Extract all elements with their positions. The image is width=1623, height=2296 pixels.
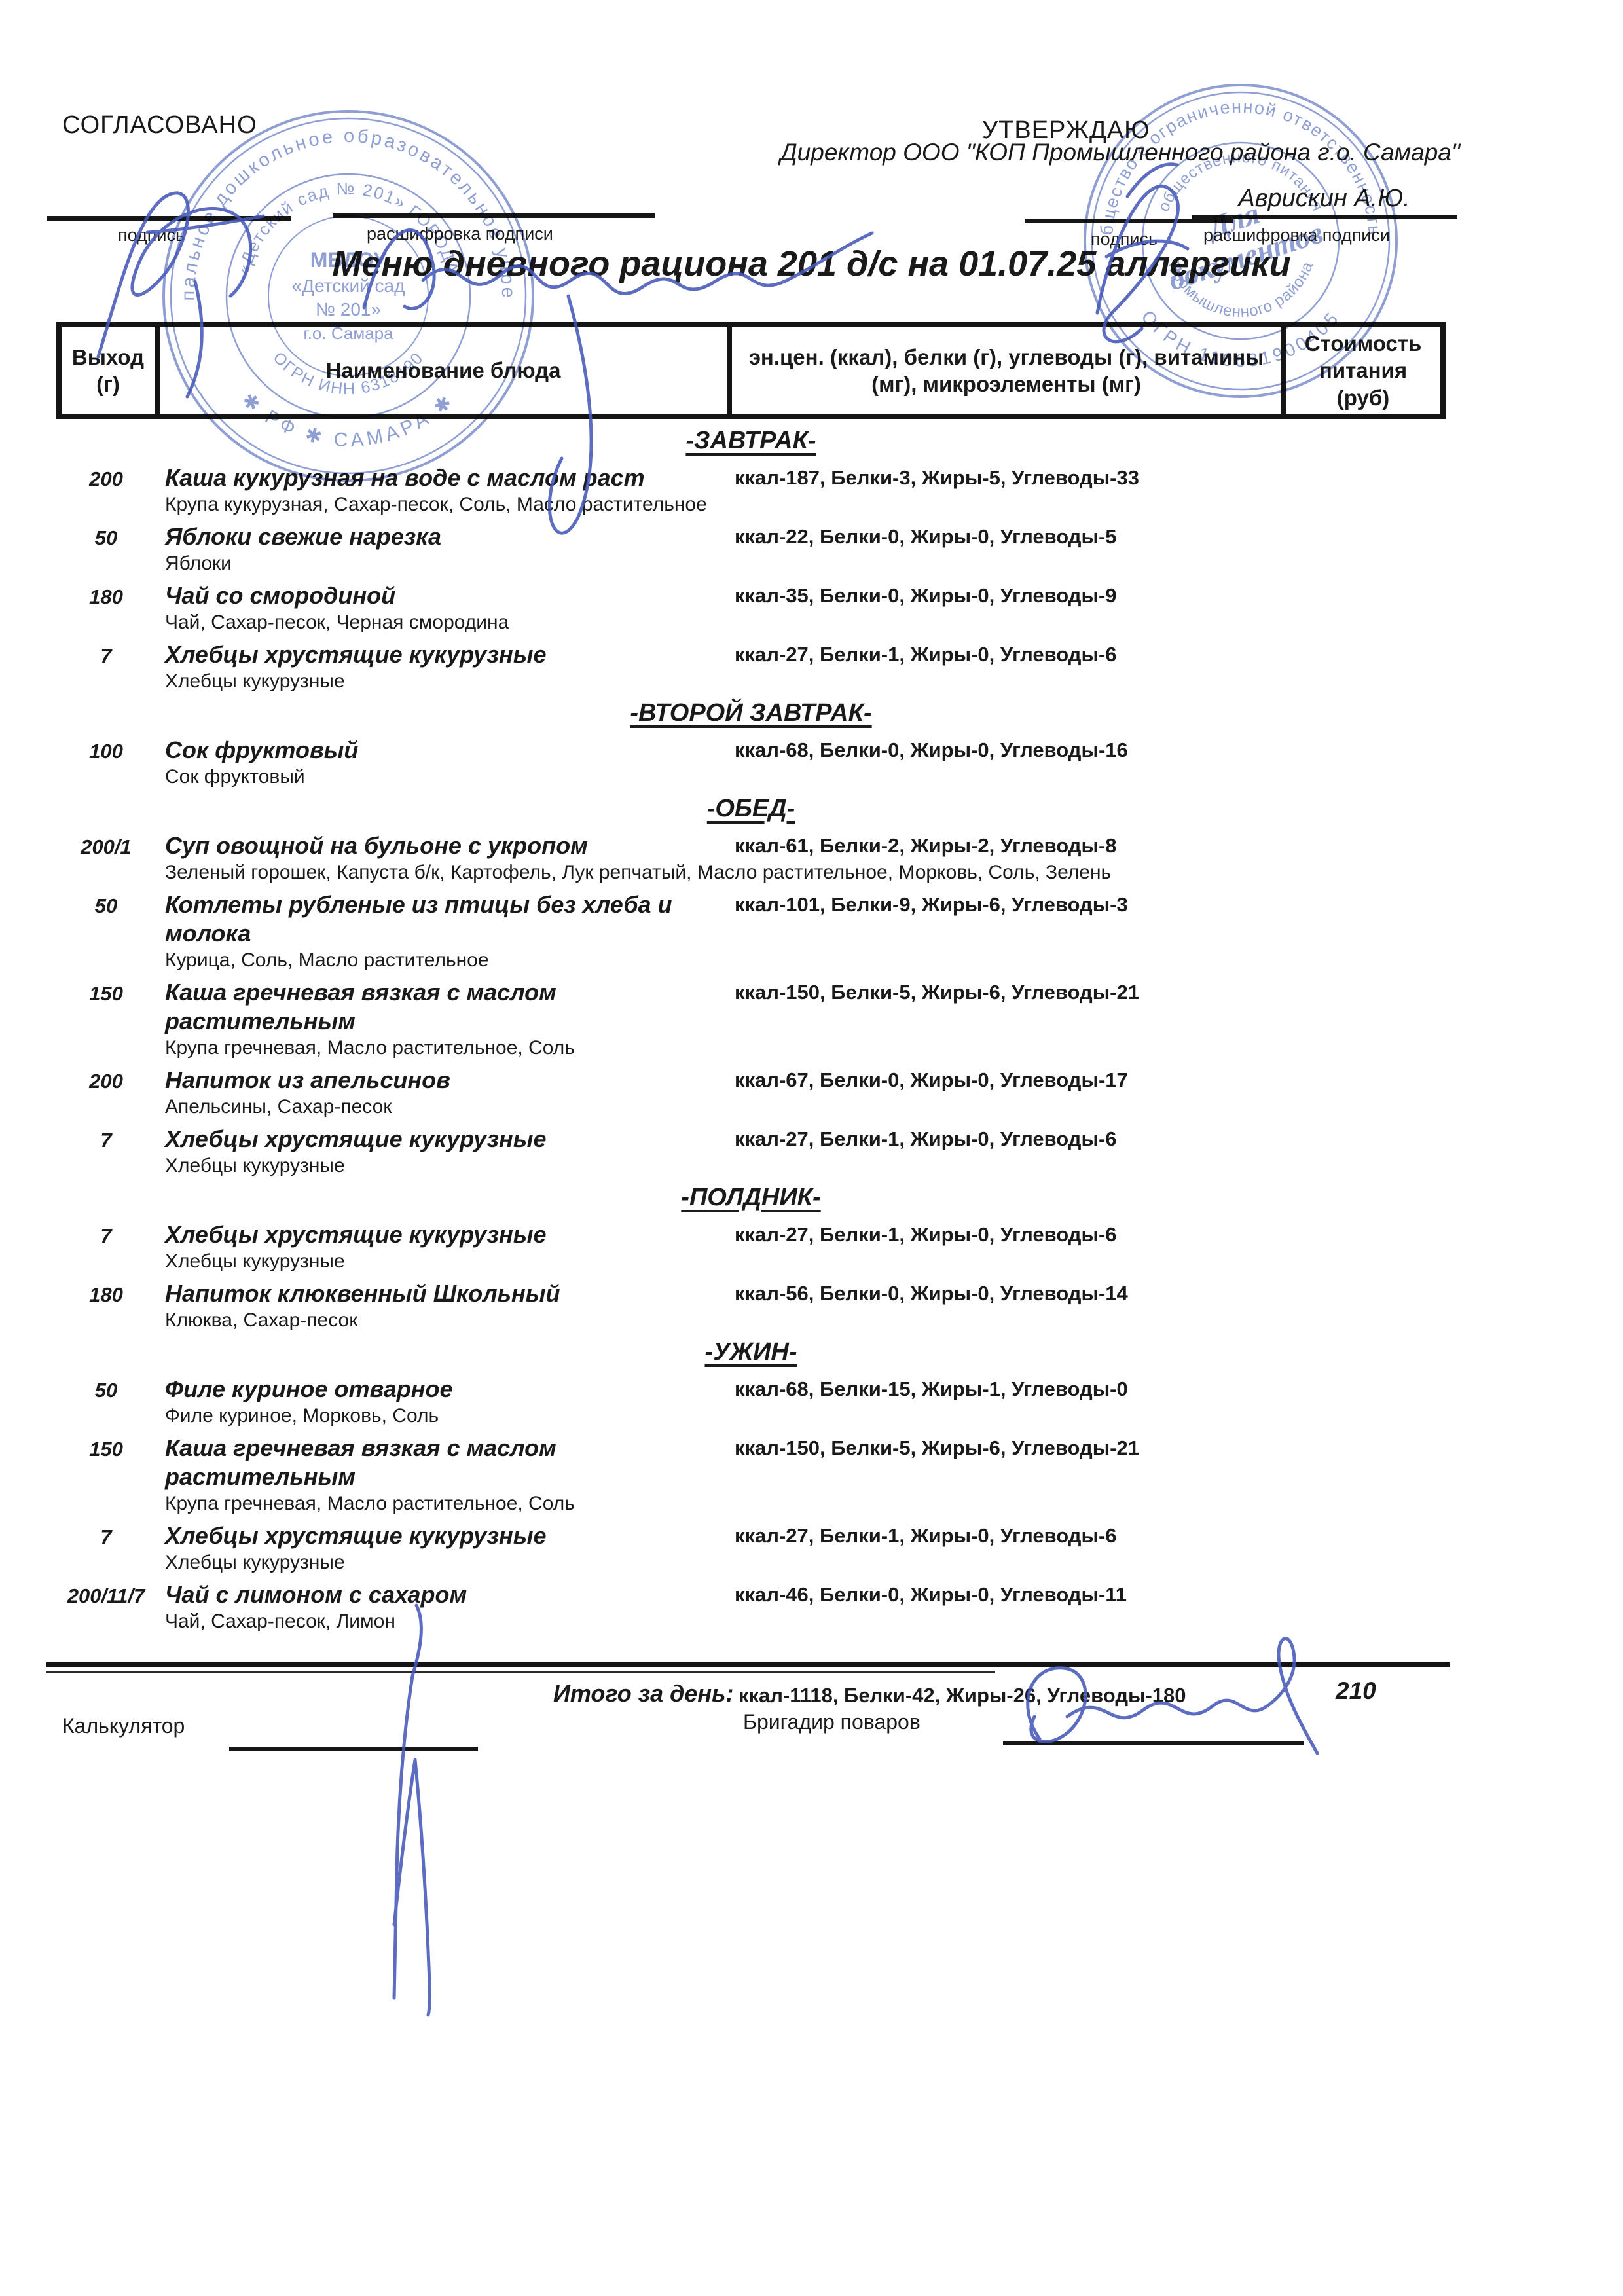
dish-output: 50	[56, 522, 156, 551]
total-nutrition: ккал-1118, Белки-42, Жиры-26, Углеводы-1…	[739, 1684, 1186, 1707]
column-header-cost: Стоимость питания (руб)	[1286, 327, 1440, 414]
dish-name: Хлебцы хрустящие кукурузные	[156, 1125, 731, 1154]
dish-nutrition: ккал-150, Белки-5, Жиры-6, Углеводы-21	[731, 978, 1283, 1036]
dish-ingredients: Хлебцы кукурузные	[156, 669, 1446, 694]
dish-ingredients: Хлебцы кукурузные	[156, 1154, 1446, 1178]
dish-output: 7	[56, 1220, 156, 1249]
svg-text:№ 201»: № 201»	[316, 299, 381, 319]
dish-nutrition: ккал-22, Белки-0, Жиры-0, Углеводы-5	[731, 522, 1283, 551]
dish-ingredients: Крупа гречневая, Масло растительное, Сол…	[156, 1491, 1446, 1516]
dish-output: 180	[56, 581, 156, 610]
menu-row: 200Каша кукурузная на воде с маслом раст…	[56, 464, 1446, 522]
column-header-nutrition: эн.цен. (ккал), белки (г), углеводы (г),…	[732, 327, 1286, 414]
dish-ingredients: Хлебцы кукурузные	[156, 1249, 1446, 1274]
dish-ingredients: Чай, Сахар-песок, Лимон	[156, 1609, 1446, 1634]
menu-body: -ЗАВТРАК-200Каша кукурузная на воде с ма…	[56, 427, 1446, 1639]
menu-row: 180Чай со смородинойккал-35, Белки-0, Жи…	[56, 581, 1446, 640]
dish-name: Чай со смородиной	[156, 581, 731, 610]
dish-name: Напиток клюквенный Школьный	[156, 1279, 731, 1308]
dish-ingredients: Зеленый горошек, Капуста б/к, Картофель,…	[156, 860, 1446, 885]
dish-cost	[1283, 1220, 1446, 1249]
menu-row: 200/11/7Чай с лимоном с сахаромккал-46, …	[56, 1580, 1446, 1639]
menu-row: 50Котлеты рубленые из птицы без хлеба и …	[56, 890, 1446, 978]
dish-output: 150	[56, 1434, 156, 1491]
dish-nutrition: ккал-101, Белки-9, Жиры-6, Углеводы-3	[731, 890, 1283, 948]
agreed-decode-line	[333, 213, 655, 218]
dish-name: Хлебцы хрустящие кукурузные	[156, 1522, 731, 1550]
dish-name: Суп овощной на бульоне с укропом	[156, 831, 731, 860]
total-divider-line-echo	[46, 1671, 995, 1673]
dish-ingredients: Чай, Сахар-песок, Черная смородина	[156, 610, 1446, 635]
dish-cost	[1283, 640, 1446, 669]
dish-name: Каша гречневая вязкая с маслом раститель…	[156, 1434, 731, 1491]
dish-cost	[1283, 1434, 1446, 1491]
menu-row: 7Хлебцы хрустящие кукурузныеккал-27, Бел…	[56, 1220, 1446, 1279]
table-header: Выход (г) Наименование блюда эн.цен. (кк…	[56, 322, 1446, 419]
dish-output: 7	[56, 1522, 156, 1550]
brigadier-label: Бригадир поваров	[743, 1710, 921, 1734]
menu-row: 7Хлебцы хрустящие кукурузныеккал-27, Бел…	[56, 1522, 1446, 1580]
dish-cost	[1283, 1375, 1446, 1404]
dish-name: Сок фруктовый	[156, 736, 731, 765]
agreed-label: СОГЛАСОВАНО	[62, 111, 257, 139]
dish-output: 100	[56, 736, 156, 765]
director-name: Аврискин А.Ю.	[1192, 185, 1457, 213]
dish-nutrition: ккал-67, Белки-0, Жиры-0, Углеводы-17	[731, 1066, 1283, 1095]
approved-decode-caption: расшифровка подписи	[1203, 225, 1390, 246]
dish-cost	[1283, 1279, 1446, 1308]
dish-name: Филе куриное отварное	[156, 1375, 731, 1404]
dish-output: 50	[56, 1375, 156, 1404]
page-title: Меню дневного рациона 201 д/с на 01.07.2…	[0, 244, 1623, 284]
dish-cost	[1283, 1066, 1446, 1095]
menu-row: 200Напиток из апельсиновккал-67, Белки-0…	[56, 1066, 1446, 1125]
dish-name: Хлебцы хрустящие кукурузные	[156, 1220, 731, 1249]
brigadier-signature-line	[1003, 1741, 1304, 1745]
calculator-label: Калькулятор	[62, 1714, 185, 1738]
dish-nutrition: ккал-27, Белки-1, Жиры-0, Углеводы-6	[731, 1125, 1283, 1154]
dish-output: 200	[56, 1066, 156, 1095]
dish-nutrition: ккал-46, Белки-0, Жиры-0, Углеводы-11	[731, 1580, 1283, 1609]
dish-nutrition: ккал-56, Белки-0, Жиры-0, Углеводы-14	[731, 1279, 1283, 1308]
dish-name: Чай с лимоном с сахаром	[156, 1580, 731, 1609]
dish-ingredients: Крупа гречневая, Масло растительное, Сол…	[156, 1036, 1446, 1061]
menu-section-title: -ПОЛДНИК-	[56, 1184, 1446, 1218]
menu-section-title: -ЗАВТРАК-	[56, 427, 1446, 461]
dish-cost	[1283, 581, 1446, 610]
agreed-decode-caption: расшифровка подписи	[367, 224, 553, 244]
dish-output: 200	[56, 464, 156, 492]
dish-ingredients: Хлебцы кукурузные	[156, 1550, 1446, 1575]
dish-cost	[1283, 464, 1446, 492]
dish-nutrition: ккал-27, Белки-1, Жиры-0, Углеводы-6	[731, 640, 1283, 669]
dish-name: Каша кукурузная на воде с маслом раст	[156, 464, 731, 492]
total-label: Итого за день:	[553, 1680, 734, 1707]
dish-cost	[1283, 1522, 1446, 1550]
dish-ingredients: Яблоки	[156, 551, 1446, 576]
dish-output: 200/1	[56, 831, 156, 860]
menu-row: 150Каша гречневая вязкая с маслом растит…	[56, 978, 1446, 1066]
dish-name: Хлебцы хрустящие кукурузные	[156, 640, 731, 669]
dish-output: 7	[56, 640, 156, 669]
dish-nutrition: ккал-68, Белки-15, Жиры-1, Углеводы-0	[731, 1375, 1283, 1404]
dish-name: Яблоки свежие нарезка	[156, 522, 731, 551]
agreed-signature-line	[47, 216, 291, 221]
menu-row: 50Филе куриное отварноеккал-68, Белки-15…	[56, 1375, 1446, 1434]
menu-row: 7Хлебцы хрустящие кукурузныеккал-27, Бел…	[56, 640, 1446, 699]
dish-output: 7	[56, 1125, 156, 1154]
dish-output: 200/11/7	[56, 1580, 156, 1609]
dish-cost	[1283, 522, 1446, 551]
approved-decode-line	[1192, 215, 1457, 219]
dish-ingredients: Сок фруктовый	[156, 765, 1446, 790]
menu-section-title: -УЖИН-	[56, 1338, 1446, 1372]
menu-row: 150Каша гречневая вязкая с маслом растит…	[56, 1434, 1446, 1522]
calculator-signature-line	[229, 1747, 478, 1751]
dish-name: Напиток из апельсинов	[156, 1066, 731, 1095]
menu-row: 50Яблоки свежие нарезкаккал-22, Белки-0,…	[56, 522, 1446, 581]
dish-cost	[1283, 1580, 1446, 1609]
column-header-dish: Наименование блюда	[160, 327, 732, 414]
dish-cost	[1283, 890, 1446, 948]
dish-nutrition: ккал-68, Белки-0, Жиры-0, Углеводы-16	[731, 736, 1283, 765]
agreed-sign-caption: подпись	[118, 225, 185, 246]
dish-ingredients: Клюква, Сахар-песок	[156, 1308, 1446, 1333]
dish-cost	[1283, 736, 1446, 765]
menu-row: 7Хлебцы хрустящие кукурузныеккал-27, Бел…	[56, 1125, 1446, 1184]
dish-nutrition: ккал-150, Белки-5, Жиры-6, Углеводы-21	[731, 1434, 1283, 1491]
dish-ingredients: Курица, Соль, Масло растительное	[156, 948, 1446, 973]
menu-row: 180Напиток клюквенный Школьныйккал-56, Б…	[56, 1279, 1446, 1338]
dish-output: 50	[56, 890, 156, 948]
menu-row: 200/1Суп овощной на бульоне с укропомкка…	[56, 831, 1446, 890]
director-title: Директор ООО "КОП Промышленного района г…	[753, 139, 1460, 166]
document-page: СОГЛАСОВАНО подпись расшифровка подписи …	[0, 0, 1623, 2296]
dish-nutrition: ккал-27, Белки-1, Жиры-0, Углеводы-6	[731, 1522, 1283, 1550]
dish-nutrition: ккал-27, Белки-1, Жиры-0, Углеводы-6	[731, 1220, 1283, 1249]
total-cost: 210	[1336, 1677, 1376, 1705]
dish-nutrition: ккал-61, Белки-2, Жиры-2, Углеводы-8	[731, 831, 1283, 860]
dish-cost	[1283, 978, 1446, 1036]
menu-section-title: -ОБЕД-	[56, 795, 1446, 829]
dish-cost	[1283, 1125, 1446, 1154]
dish-nutrition: ккал-187, Белки-3, Жиры-5, Углеводы-33	[731, 464, 1283, 492]
column-header-output: Выход (г)	[62, 327, 160, 414]
dish-name: Каша гречневая вязкая с маслом раститель…	[156, 978, 731, 1036]
menu-section-title: -ВТОРОЙ ЗАВТРАК-	[56, 699, 1446, 733]
total-divider-line	[46, 1662, 1450, 1667]
dish-nutrition: ккал-35, Белки-0, Жиры-0, Углеводы-9	[731, 581, 1283, 610]
dish-cost	[1283, 831, 1446, 860]
dish-output: 180	[56, 1279, 156, 1308]
dish-output: 150	[56, 978, 156, 1036]
dish-ingredients: Филе куриное, Морковь, Соль	[156, 1404, 1446, 1429]
dish-ingredients: Апельсины, Сахар-песок	[156, 1095, 1446, 1120]
dish-name: Котлеты рубленые из птицы без хлеба и мо…	[156, 890, 731, 948]
approved-signature-line	[1025, 219, 1233, 223]
menu-row: 100Сок фруктовыйккал-68, Белки-0, Жиры-0…	[56, 736, 1446, 795]
dish-ingredients: Крупа кукурузная, Сахар-песок, Соль, Мас…	[156, 492, 1446, 517]
